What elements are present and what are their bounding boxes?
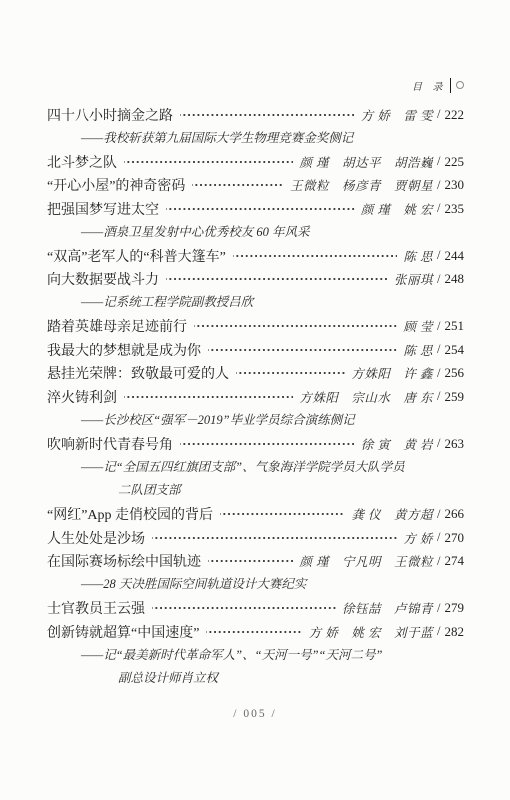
- dot-leader: [208, 554, 293, 568]
- toc-entry: 踏着英雄母亲足迹前行 顾 莹 / 251: [47, 315, 464, 339]
- toc-entry: 创新铸就超算“中国速度” 方 娇 姚 宏 刘于蓝 / 282 ——记“最美新时代…: [47, 620, 464, 691]
- entry-title: “双高”老军人的“科普大篷车”: [47, 246, 226, 266]
- dot-leader: [220, 507, 345, 521]
- page-header: 目 录: [412, 76, 464, 94]
- entry-title: 北斗梦之队: [47, 152, 117, 172]
- toc-entry-line: “双高”老军人的“科普大篷车” 陈 思 / 244: [47, 244, 464, 268]
- toc-entry: 吹响新时代青春号角 徐 寅 黄 岩 / 263 ——记“全国五四红旗团支部”、气…: [47, 432, 464, 503]
- entry-subtitle: ——记系统工程学院副教授吕欣: [47, 291, 464, 315]
- toc-entry-line: 在国际赛场标绘中国轨迹 颜 瑾 宁凡明 王微粒 / 274: [47, 550, 464, 574]
- toc-entry-line: 踏着英雄母亲足迹前行 顾 莹 / 251: [47, 315, 464, 339]
- entry-authors: 方姝阳 宗山水 唐 东: [299, 388, 433, 406]
- toc-entry-line: 创新铸就超算“中国速度” 方 娇 姚 宏 刘于蓝 / 282: [47, 620, 464, 644]
- entry-page-number: 244: [445, 248, 465, 264]
- entry-title: 吹响新时代青春号角: [47, 434, 173, 454]
- entry-subtitle: ——酒泉卫星发射中心优秀校友 60 年风采: [47, 221, 464, 245]
- entry-authors: 顾 莹: [403, 317, 433, 335]
- entry-authors: 王微粒 杨彦青 贾朝星: [290, 176, 433, 194]
- toc-entry: “双高”老军人的“科普大篷车” 陈 思 / 244: [47, 244, 464, 268]
- entry-authors: 陈 思: [403, 341, 433, 359]
- dot-leader: [152, 531, 397, 545]
- entry-title: 在国际赛场标绘中国轨迹: [47, 551, 201, 571]
- toc-entry-line: 吹响新时代青春号角 徐 寅 黄 岩 / 263: [47, 432, 464, 456]
- entry-authors: 徐 寅 黄 岩: [361, 435, 433, 453]
- entry-page-number: 256: [445, 365, 465, 381]
- toc-entry: 悬挂光荣牌：致敬最可爱的人 方姝阳 许 鑫 / 256: [47, 362, 464, 386]
- toc-entry: 在国际赛场标绘中国轨迹 颜 瑾 宁凡明 王微粒 / 274 ——28 天决胜国际…: [47, 550, 464, 597]
- page-separator: /: [437, 319, 440, 334]
- toc-entry: “开心小屋”的神奇密码 王微粒 杨彦青 贾朝星 / 230: [47, 174, 464, 198]
- entry-page-number: 225: [445, 154, 465, 170]
- toc-entry-line: 北斗梦之队 颜 瑾 胡达平 胡浩巍 / 225: [47, 150, 464, 174]
- toc-entry-line: 人生处处是沙场 方 娇 / 270: [47, 526, 464, 550]
- page-separator: /: [437, 366, 440, 381]
- toc-entry-line: 士官教员王云强 徐钰喆 卢锦青 / 279: [47, 597, 464, 621]
- page-separator: /: [437, 272, 440, 287]
- entry-subtitle: ——记“最美新时代革命军人”、“天河一号”“天河二号”: [47, 644, 464, 668]
- dot-leader: [124, 155, 293, 169]
- page-separator: /: [437, 201, 440, 216]
- entry-subtitle: ——长沙校区“强军－2019”毕业学员综合演练侧记: [47, 409, 464, 433]
- entry-authors: 方姝阳 许 鑫: [351, 364, 433, 382]
- toc-entry-line: 淬火铸利剑 方姝阳 宗山水 唐 东 / 259: [47, 385, 464, 409]
- page-separator: /: [437, 107, 440, 122]
- entry-page-number: 266: [445, 506, 465, 522]
- entry-authors: 颜 瑾 宁凡明 王微粒: [299, 552, 433, 570]
- toc-entry: 士官教员王云强 徐钰喆 卢锦青 / 279: [47, 597, 464, 621]
- entry-title: 向大数据要战斗力: [47, 269, 159, 289]
- page-separator: /: [437, 554, 440, 569]
- toc-entry-line: 四十八小时摘金之路 方 娇 雷 雯 / 222: [47, 103, 464, 127]
- dot-leader: [124, 390, 293, 404]
- dot-leader: [180, 108, 355, 122]
- entry-subtitle: ——28 天决胜国际空间轨道设计大赛纪实: [47, 573, 464, 597]
- dot-leader: [233, 249, 398, 263]
- entry-authors: 陈 思: [403, 247, 433, 265]
- entry-page-number: 274: [445, 553, 465, 569]
- entry-title: 我最大的梦想就是成为你: [47, 340, 201, 360]
- toc-entry: 我最大的梦想就是成为你 陈 思 / 254: [47, 338, 464, 362]
- entry-authors: 龚 仪 黄方超: [351, 505, 433, 523]
- header-divider: [450, 78, 452, 93]
- entry-title: “开心小屋”的神奇密码: [47, 175, 185, 195]
- toc-entry-line: 我最大的梦想就是成为你 陈 思 / 254: [47, 338, 464, 362]
- dot-leader: [208, 343, 397, 357]
- entry-authors: 方 娇: [403, 529, 433, 547]
- entry-authors: 方 娇 雷 雯: [361, 106, 433, 124]
- dot-leader: [206, 625, 302, 639]
- page-number: / 005 /: [233, 708, 276, 720]
- entry-page-number: 251: [445, 318, 465, 334]
- page-separator: /: [437, 248, 440, 263]
- page-separator: /: [437, 601, 440, 616]
- entry-subtitle: ——我校斩获第九届国际大学生物理竞赛金奖侧记: [47, 127, 464, 151]
- entry-title: 淬火铸利剑: [47, 387, 117, 407]
- page-separator: /: [437, 436, 440, 451]
- entry-page-number: 282: [445, 624, 465, 640]
- entry-page-number: 263: [445, 436, 465, 452]
- page-footer: / 005 /: [0, 704, 510, 722]
- entry-title: 人生处处是沙场: [47, 528, 145, 548]
- page-separator: /: [437, 624, 440, 639]
- entry-page-number: 235: [445, 201, 465, 217]
- entry-authors: 徐钰喆 卢锦青: [342, 599, 433, 617]
- entry-page-number: 248: [445, 271, 465, 287]
- header-title: 目 录: [412, 78, 447, 93]
- toc-entry-line: 把强国梦写进太空 颜 瑾 姚 宏 / 235: [47, 197, 464, 221]
- entry-page-number: 279: [445, 600, 465, 616]
- entry-subtitle: 二队团支部: [47, 479, 464, 503]
- toc-entry-line: 向大数据要战斗力 张丽琪 / 248: [47, 268, 464, 292]
- dot-leader: [152, 601, 336, 615]
- entry-title: 士官教员王云强: [47, 598, 145, 618]
- dot-leader: [166, 202, 355, 216]
- dot-leader: [180, 437, 355, 451]
- entry-authors: 张丽琪: [394, 270, 433, 288]
- toc-entry-line: “网红”App 走俏校园的背后 龚 仪 黄方超 / 266: [47, 503, 464, 527]
- open-circle-icon: [456, 81, 464, 89]
- toc-entry: 淬火铸利剑 方姝阳 宗山水 唐 东 / 259 ——长沙校区“强军－2019”毕…: [47, 385, 464, 432]
- entry-title: 四十八小时摘金之路: [47, 105, 173, 125]
- entry-authors: 方 娇 姚 宏 刘于蓝: [309, 623, 433, 641]
- toc-entry: “网红”App 走俏校园的背后 龚 仪 黄方超 / 266: [47, 503, 464, 527]
- entry-title: 把强国梦写进太空: [47, 199, 159, 219]
- toc-entry-line: “开心小屋”的神奇密码 王微粒 杨彦青 贾朝星 / 230: [47, 174, 464, 198]
- entry-page-number: 222: [445, 107, 465, 123]
- toc-entry: 四十八小时摘金之路 方 娇 雷 雯 / 222 ——我校斩获第九届国际大学生物理…: [47, 103, 464, 150]
- page-separator: /: [437, 178, 440, 193]
- toc-entry-line: 悬挂光荣牌：致敬最可爱的人 方姝阳 许 鑫 / 256: [47, 362, 464, 386]
- entry-authors: 颜 瑾 胡达平 胡浩巍: [299, 153, 433, 171]
- entry-subtitle: ——记“全国五四红旗团支部”、气象海洋学院学员大队学员: [47, 456, 464, 480]
- toc-entry: 向大数据要战斗力 张丽琪 / 248 ——记系统工程学院副教授吕欣: [47, 268, 464, 315]
- entry-title: 悬挂光荣牌：致敬最可爱的人: [47, 363, 229, 383]
- entry-title: “网红”App 走俏校园的背后: [47, 504, 213, 524]
- dot-leader: [194, 319, 397, 333]
- dot-leader: [166, 272, 388, 286]
- entry-authors: 颜 瑾 姚 宏: [361, 200, 433, 218]
- page-separator: /: [437, 530, 440, 545]
- entry-subtitle: 副总设计师肖立权: [47, 667, 464, 691]
- entry-title: 创新铸就超算“中国速度”: [47, 622, 199, 642]
- toc-page: 目 录 四十八小时摘金之路 方 娇 雷 雯 / 222 ——我校斩获第九届国际大…: [0, 0, 510, 800]
- page-separator: /: [437, 342, 440, 357]
- toc-entry: 北斗梦之队 颜 瑾 胡达平 胡浩巍 / 225: [47, 150, 464, 174]
- entry-page-number: 270: [445, 530, 465, 546]
- dot-leader: [236, 366, 345, 380]
- entry-page-number: 259: [445, 389, 465, 405]
- toc-entry: 把强国梦写进太空 颜 瑾 姚 宏 / 235 ——酒泉卫星发射中心优秀校友 60…: [47, 197, 464, 244]
- dot-leader: [192, 178, 284, 192]
- toc-entry-list: 四十八小时摘金之路 方 娇 雷 雯 / 222 ——我校斩获第九届国际大学生物理…: [47, 103, 464, 691]
- entry-page-number: 254: [445, 342, 465, 358]
- page-separator: /: [437, 507, 440, 522]
- entry-page-number: 230: [445, 177, 465, 193]
- toc-entry: 人生处处是沙场 方 娇 / 270: [47, 526, 464, 550]
- entry-title: 踏着英雄母亲足迹前行: [47, 316, 187, 336]
- page-separator: /: [437, 154, 440, 169]
- page-separator: /: [437, 389, 440, 404]
